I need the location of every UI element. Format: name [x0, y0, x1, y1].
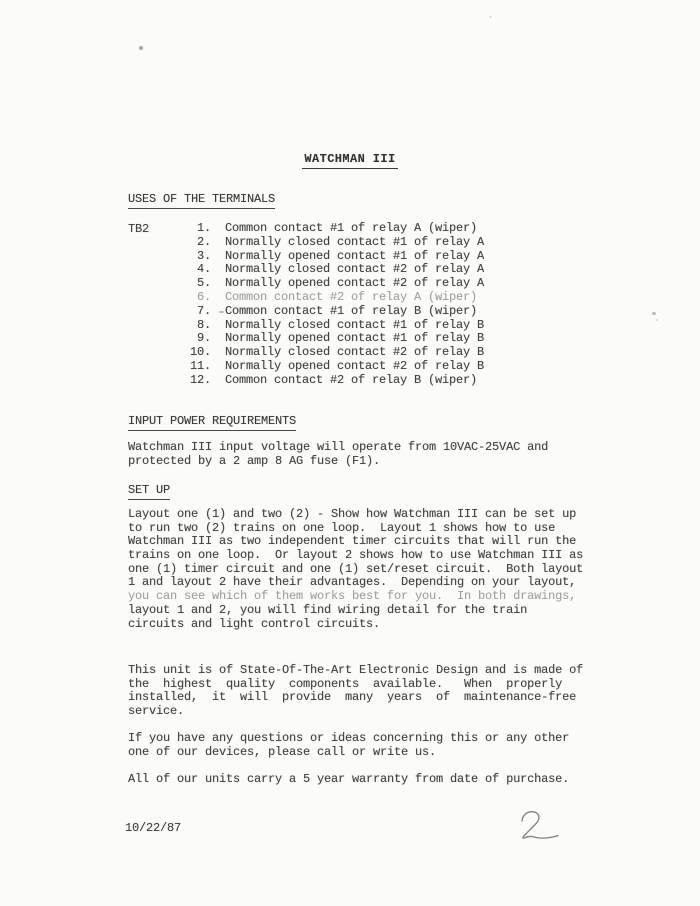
text-line: Layout one (1) and two (2) - Show how Wa… [128, 508, 583, 522]
terminal-item-number: 10. [128, 346, 211, 360]
input-power-section-heading: INPUT POWER REQUIREMENTS [128, 414, 296, 431]
terminal-item-number: 4. [128, 263, 211, 277]
terminals-list: TB2 1.Common contact #1 of relay A (wipe… [128, 222, 484, 388]
terminal-item: 4.Normally closed contact #2 of relay A [128, 263, 484, 277]
terminal-item-text: Normally closed contact #2 of relay B [225, 346, 484, 360]
warranty-paragraph: All of our units carry a 5 year warranty… [128, 773, 569, 787]
terminal-item: 5.Normally opened contact #2 of relay A [128, 277, 484, 291]
setup-section-heading: SET UP [128, 483, 170, 500]
terminal-item-text: Normally opened contact #1 of relay A [225, 250, 484, 264]
text-line: All of our units carry a 5 year warranty… [128, 773, 569, 787]
terminal-item-number: 2. [128, 236, 211, 250]
terminal-item-text: Normally opened contact #2 of relay B [225, 360, 484, 374]
text-line: to run two (2) trains on one loop. Layou… [128, 522, 583, 536]
terminal-item: 9.Normally opened contact #1 of relay B [128, 332, 484, 346]
contact-paragraph: If you have any questions or ideas conce… [128, 732, 569, 759]
text-line: service. [128, 705, 583, 719]
terminal-item: 12.Common contact #2 of relay B (wiper) [128, 374, 484, 388]
terminal-item-text: Common contact #2 of relay A (wiper) [225, 291, 477, 305]
terminal-item-number: 5. [128, 277, 211, 291]
quality-statement-paragraph: This unit is of State-Of-The-Art Electro… [128, 664, 583, 719]
setup-paragraph: Layout one (1) and two (2) - Show how Wa… [128, 508, 583, 631]
text-line: the highest quality components available… [128, 678, 583, 692]
text-line: circuits and light control circuits. [128, 618, 583, 632]
text-line: one (1) timer circuit and one (1) set/re… [128, 563, 583, 577]
scanned-document-page: WATCHMAN III USES OF THE TERMINALS TB2 1… [0, 0, 700, 906]
heading-uses-of-terminals: USES OF THE TERMINALS [128, 192, 275, 209]
terminal-item-text: Normally closed contact #1 of relay A [225, 236, 484, 250]
terminal-item-text: Common contact #2 of relay B (wiper) [225, 374, 477, 388]
text-line: installed, it will provide many years of… [128, 691, 583, 705]
text-line: protected by a 2 amp 8 AG fuse (F1). [128, 455, 548, 469]
terminal-item-text: Normally closed contact #2 of relay A [225, 263, 484, 277]
terminal-item-number: 7. [128, 305, 211, 319]
terminal-item-number: 11. [128, 360, 211, 374]
text-line: This unit is of State-Of-The-Art Electro… [128, 664, 583, 678]
scan-speck [139, 46, 143, 50]
typed-date: 10/22/87 [125, 821, 181, 835]
terminals-section-heading: USES OF THE TERMINALS [128, 192, 275, 209]
terminal-item-text: Normally closed contact #1 of relay B [225, 319, 484, 333]
scan-speck [489, 16, 492, 18]
text-line: you can see which of them works best for… [128, 590, 583, 604]
document-title: WATCHMAN III [302, 152, 397, 169]
terminal-item-text: Normally opened contact #1 of relay B [225, 332, 484, 346]
text-line: Watchman III as two independent timer ci… [128, 535, 583, 549]
terminal-item: 2.Normally closed contact #1 of relay A [128, 236, 484, 250]
scan-speck [656, 319, 658, 321]
heading-input-power: INPUT POWER REQUIREMENTS [128, 414, 296, 431]
handwritten-2-stroke [515, 807, 563, 843]
heading-set-up: SET UP [128, 483, 170, 500]
terminal-item-text: Normally opened contact #2 of relay A [225, 277, 484, 291]
text-line: trains on one loop. Or layout 2 shows ho… [128, 549, 583, 563]
terminal-item-number: 9. [128, 332, 211, 346]
terminal-item: 10.Normally closed contact #2 of relay B [128, 346, 484, 360]
text-line: 1 and layout 2 have their advantages. De… [128, 576, 583, 590]
terminal-item-number: 12. [128, 374, 211, 388]
terminal-item: 1.Common contact #1 of relay A (wiper) [128, 222, 484, 236]
terminal-item: 3.Normally opened contact #1 of relay A [128, 250, 484, 264]
scan-speck [652, 312, 656, 315]
terminal-block-label: TB2 [128, 222, 149, 236]
text-line: layout 1 and 2, you will find wiring det… [128, 604, 583, 618]
terminal-item-text: Common contact #1 of relay A (wiper) [225, 222, 477, 236]
terminal-item-number: 3. [128, 250, 211, 264]
input-power-paragraph: Watchman III input voltage will operate … [128, 441, 548, 468]
document-title-row: WATCHMAN III [0, 152, 700, 169]
terminal-item: 6.Common contact #2 of relay A (wiper) [128, 291, 484, 305]
terminal-item-number: 8. [128, 319, 211, 333]
terminal-item: 7.Common contact #1 of relay B (wiper) [128, 305, 484, 319]
text-line: If you have any questions or ideas conce… [128, 732, 569, 746]
terminal-item: 11.Normally opened contact #2 of relay B [128, 360, 484, 374]
terminal-item: 8.Normally closed contact #1 of relay B [128, 319, 484, 333]
text-line: Watchman III input voltage will operate … [128, 441, 548, 455]
terminal-item-text: Common contact #1 of relay B (wiper) [225, 305, 477, 319]
handwritten-page-number [515, 807, 563, 843]
terminal-rows: 1.Common contact #1 of relay A (wiper)2.… [128, 222, 484, 388]
text-line: one of our devices, please call or write… [128, 746, 569, 760]
terminal-item-number: 6. [128, 291, 211, 305]
